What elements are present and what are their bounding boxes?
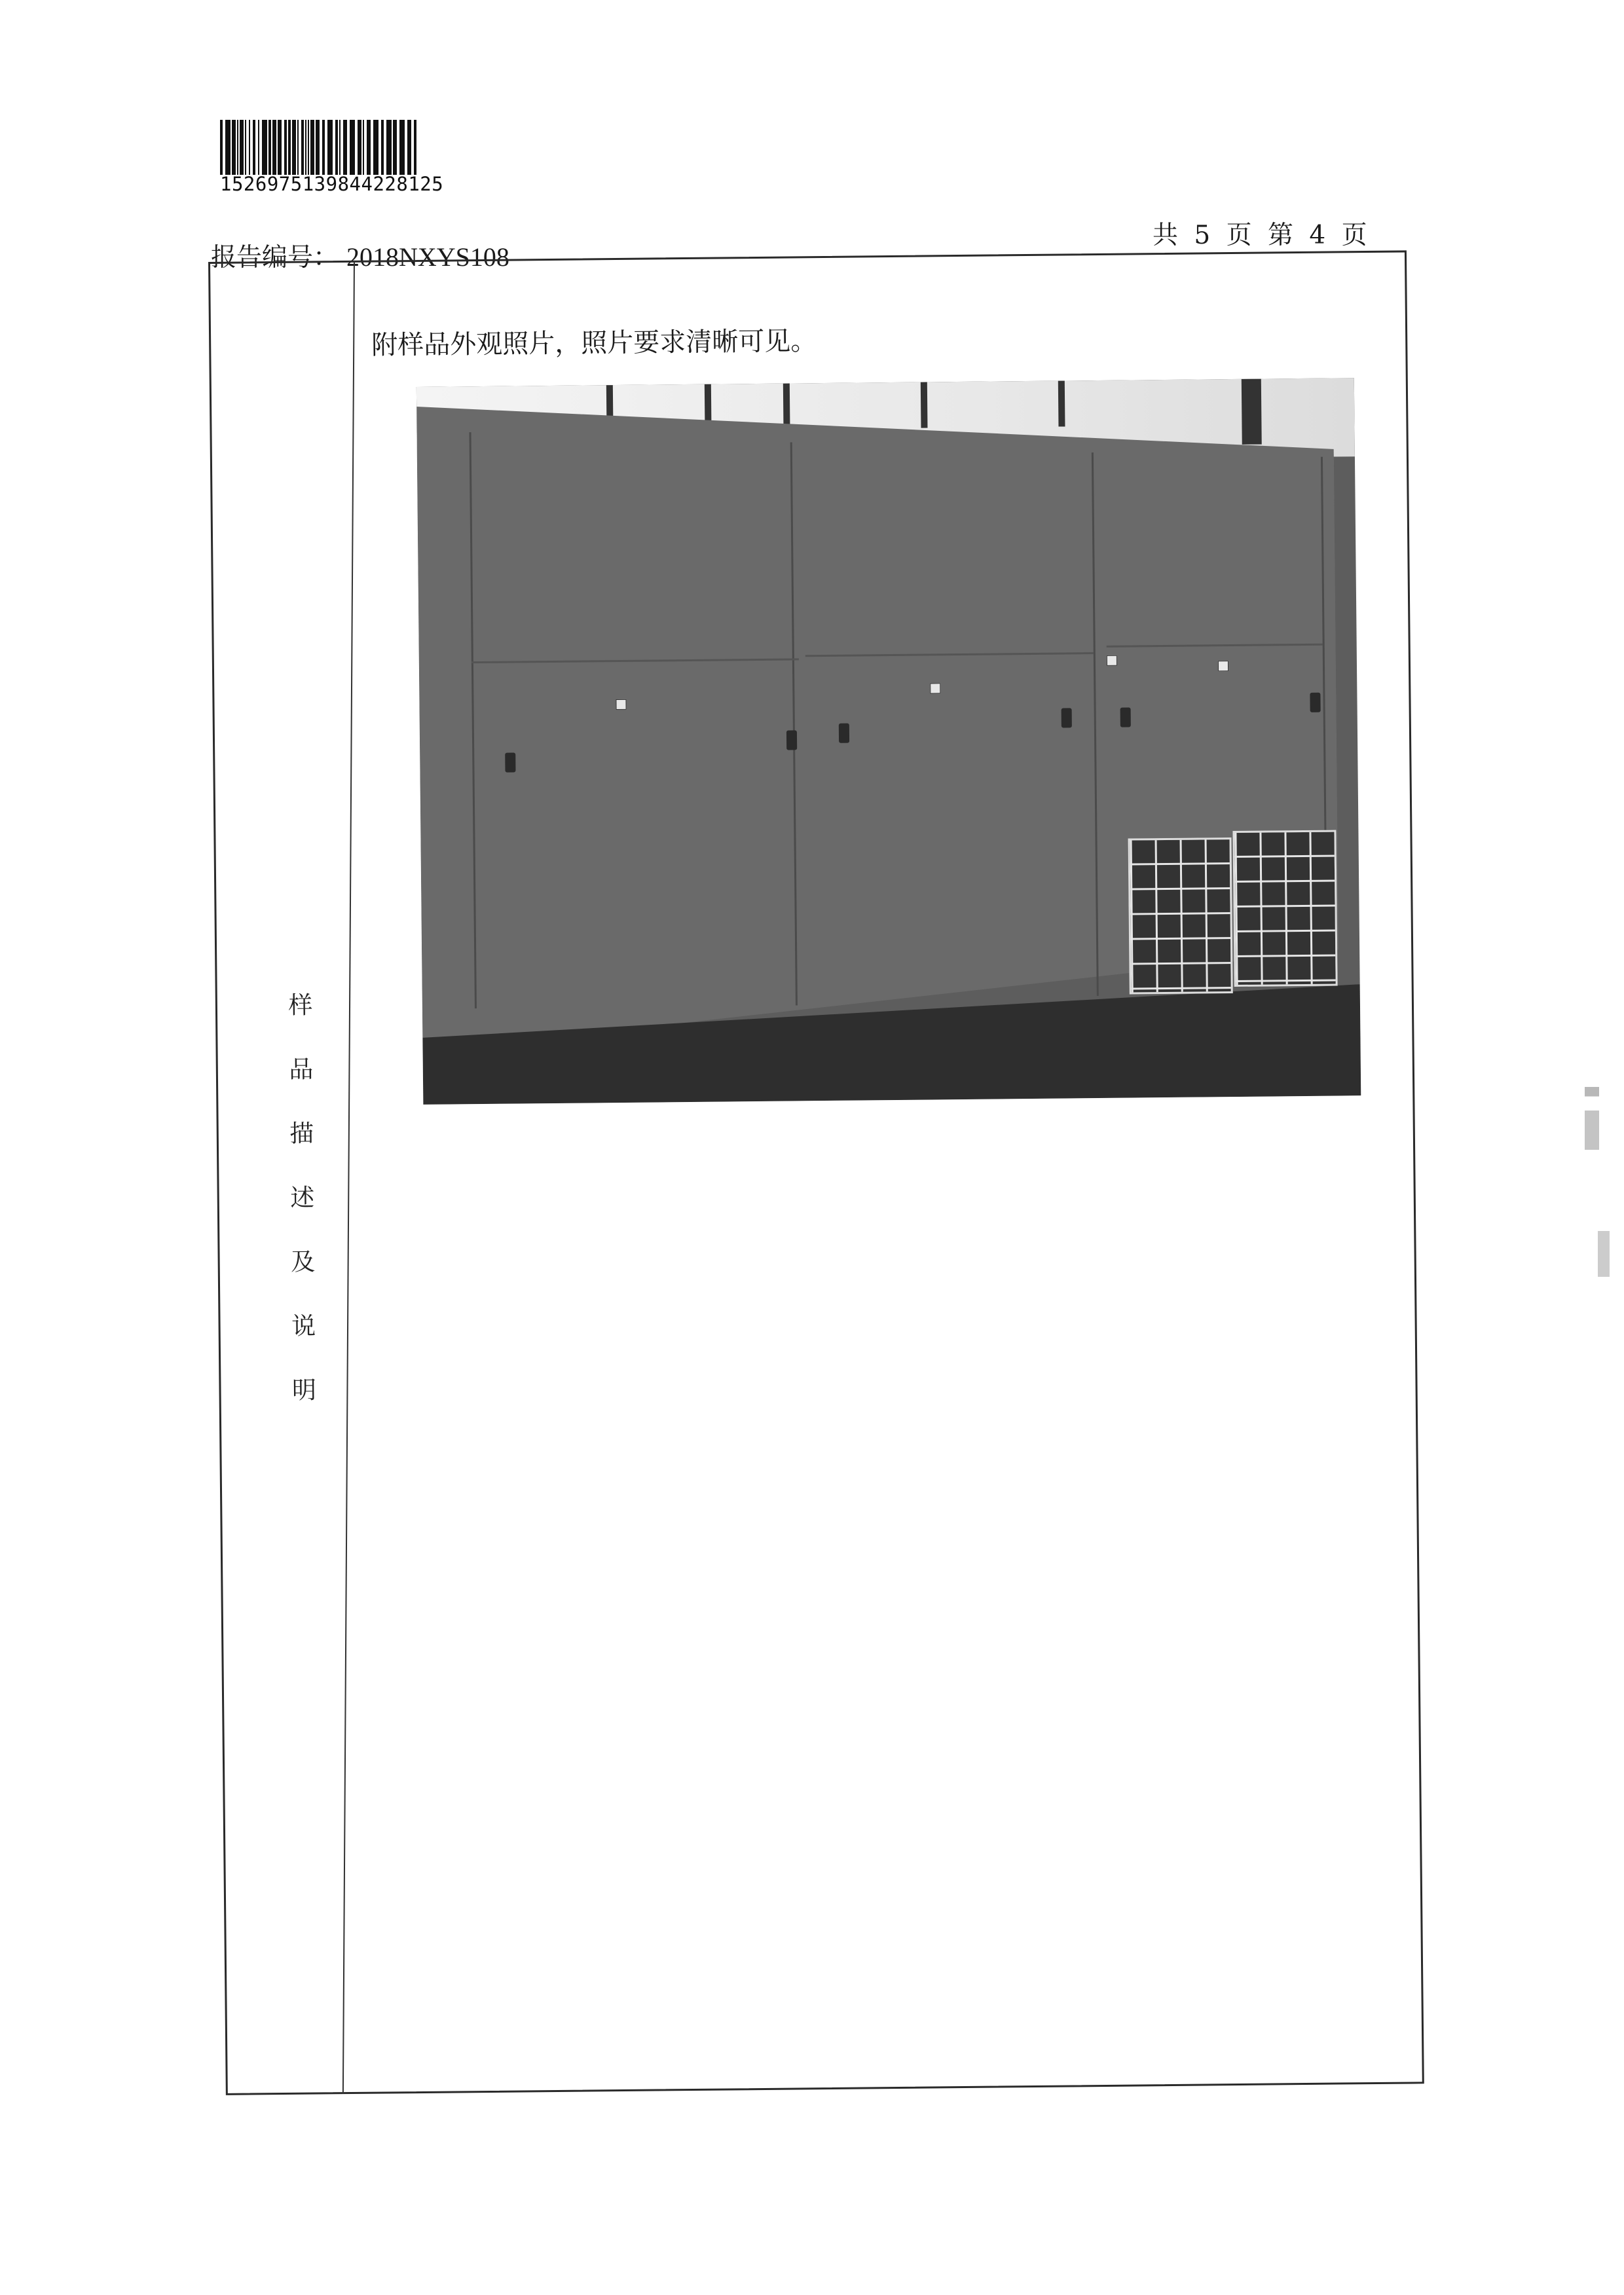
ventilation-grille xyxy=(1232,830,1337,987)
panel-label xyxy=(930,683,940,693)
door-handle xyxy=(505,753,515,773)
side-label-char: 及 xyxy=(280,1230,326,1294)
side-label-char: 述 xyxy=(279,1166,325,1230)
sample-photo xyxy=(416,378,1361,1105)
barcode-icon xyxy=(220,120,464,175)
photo-pillar xyxy=(921,382,928,428)
photo-pillar xyxy=(783,383,790,429)
side-label-char: 品 xyxy=(278,1037,324,1102)
side-label-sample-description: 样品描述及说明 xyxy=(277,973,327,1423)
panel-label xyxy=(1107,655,1117,666)
door-handle xyxy=(1061,708,1072,727)
scan-artifact xyxy=(1585,1087,1599,1166)
side-label-char: 描 xyxy=(278,1101,325,1166)
panel-label xyxy=(616,699,626,710)
door-handle xyxy=(786,730,797,750)
side-label-char: 说 xyxy=(280,1294,327,1359)
side-label-char: 样 xyxy=(277,973,323,1038)
door-handle xyxy=(1310,693,1320,712)
photo-pillar xyxy=(1242,379,1262,445)
sample-description-table: 样品描述及说明 附样品外观照片，照片要求清晰可见。 xyxy=(208,250,1424,2095)
door-handle xyxy=(839,724,849,743)
barcode-number: 1526975139844228125 xyxy=(220,173,469,195)
scan-artifact xyxy=(1598,1231,1610,1277)
door-handle xyxy=(1120,708,1131,727)
page-indicator: 共 5 页 第 4 页 xyxy=(1153,215,1367,251)
photo-instruction: 附样品外观照片，照片要求清晰可见。 xyxy=(371,320,817,362)
side-label-char: 明 xyxy=(281,1358,327,1423)
panel-label xyxy=(1218,661,1228,671)
photo-pillar xyxy=(1058,380,1065,426)
ventilation-grille xyxy=(1128,837,1233,995)
